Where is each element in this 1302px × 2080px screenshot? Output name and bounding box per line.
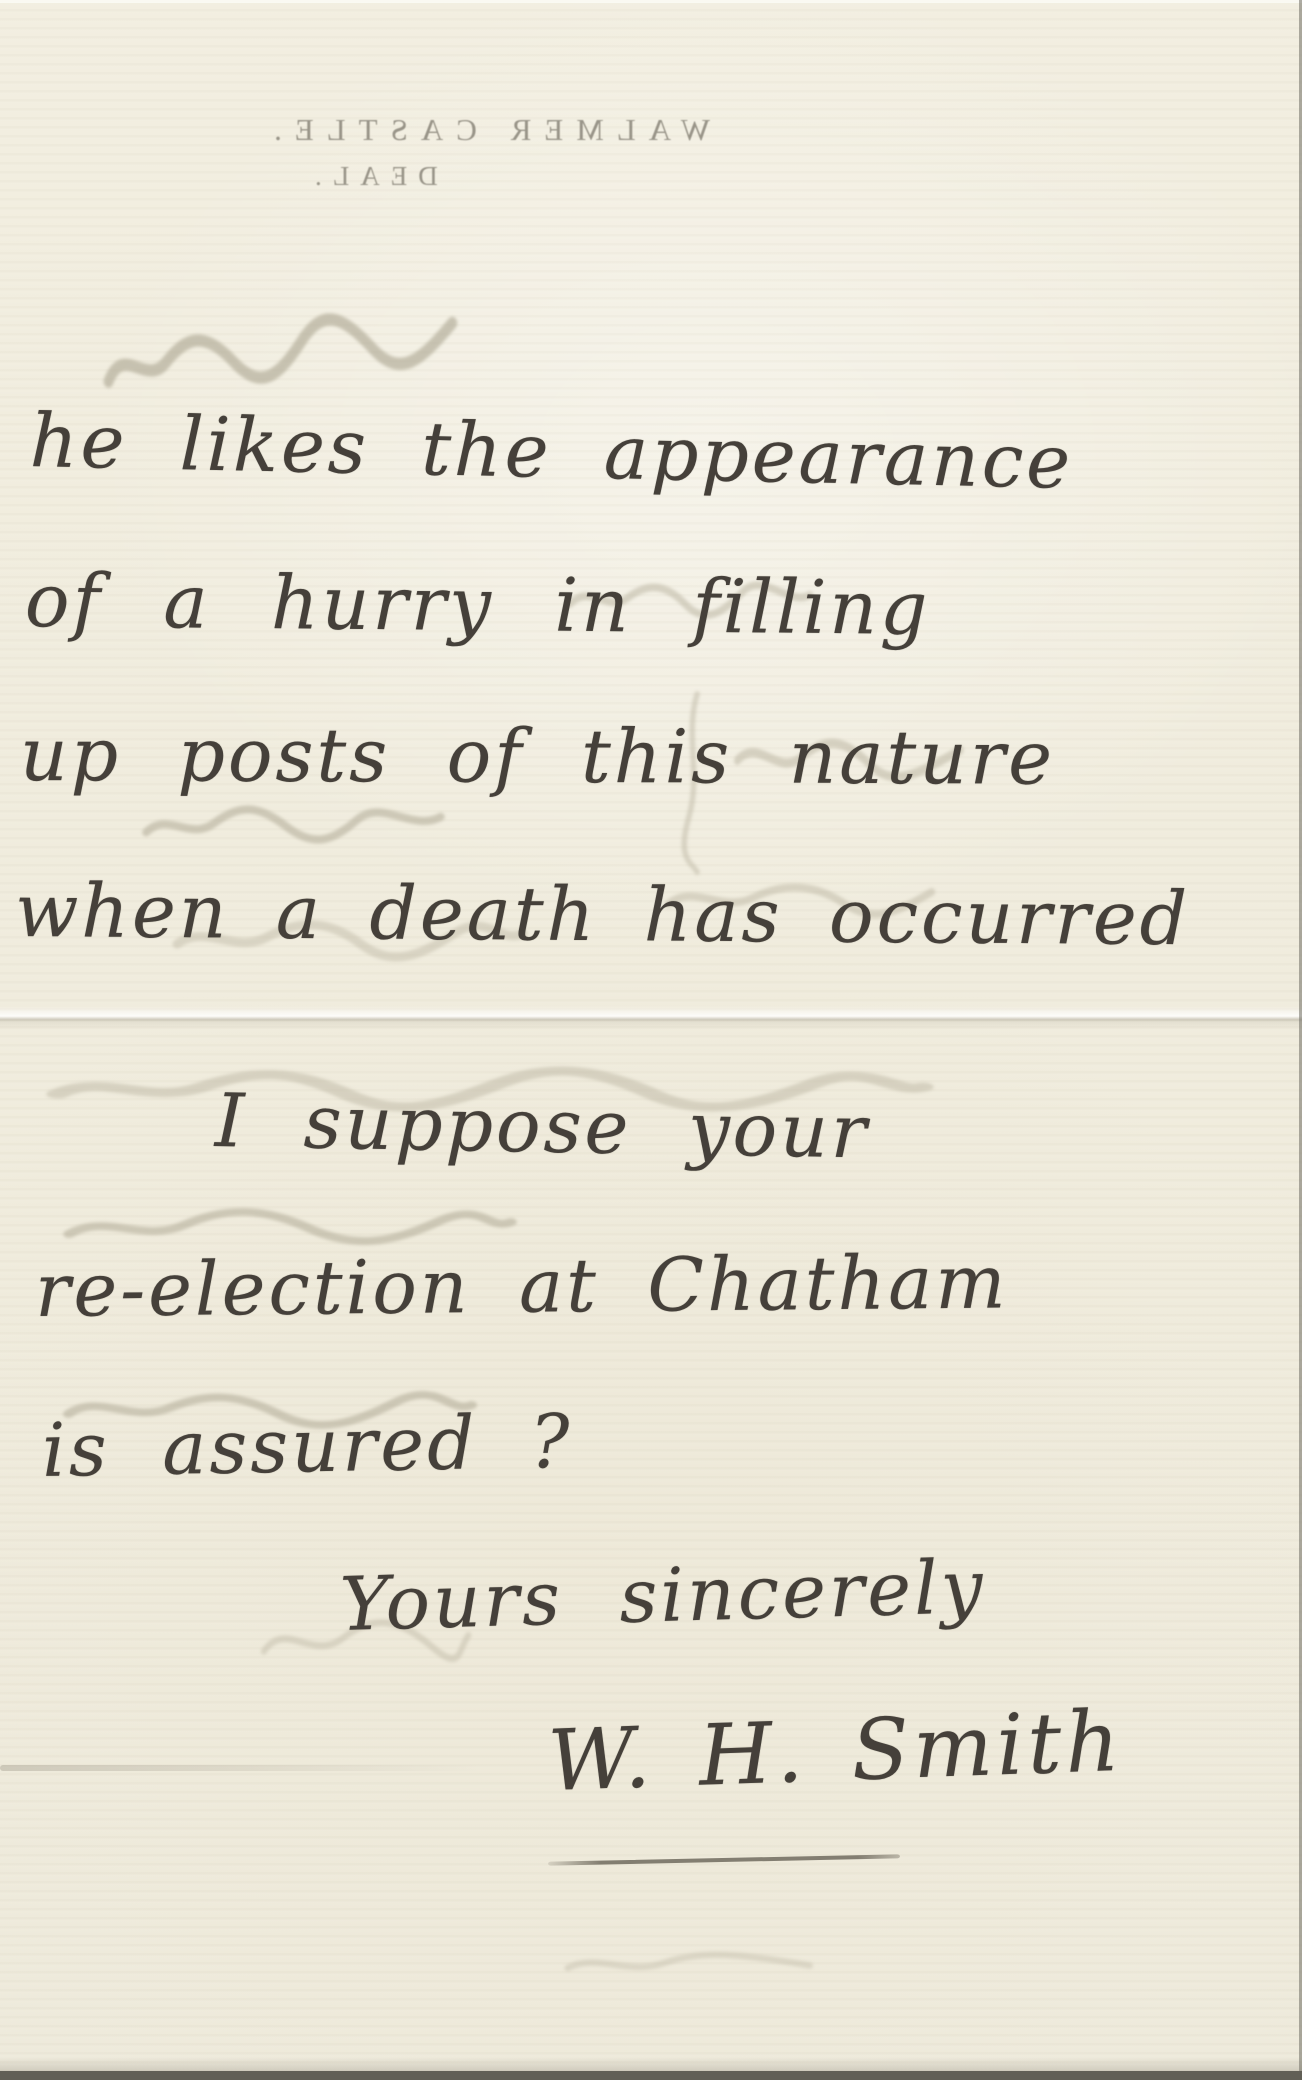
handwritten-line-1: he likes the appearance bbox=[29, 398, 1074, 506]
handwritten-line-4: when a death has occurred bbox=[15, 868, 1191, 962]
handwritten-line-5: I suppose your bbox=[214, 1078, 870, 1175]
letterhead: WALMER CASTLE. DEAL. bbox=[300, 112, 710, 192]
signature: W. H. Smith bbox=[546, 1692, 1125, 1810]
handwritten-line-2: of a hurry in filling bbox=[25, 558, 931, 652]
fold-crease bbox=[0, 1006, 1302, 1030]
closing-line: Yours sincerely bbox=[339, 1544, 987, 1648]
handwritten-line-7: is assured ? bbox=[41, 1399, 573, 1494]
minor-crease bbox=[0, 1765, 480, 1771]
scan-edge-top bbox=[0, 0, 1302, 3]
letterhead-castle-line: WALMER CASTLE. bbox=[300, 112, 710, 148]
scan-edge-bottom-shadow bbox=[0, 2057, 1302, 2071]
letter-page: WALMER CASTLE. DEAL. he likes the appear… bbox=[0, 0, 1302, 2080]
handwritten-line-6: re-election at Chatham bbox=[35, 1240, 1009, 1334]
letterhead-deal-line: DEAL. bbox=[300, 161, 710, 192]
signature-flourish-underline bbox=[548, 1854, 900, 1865]
bleedthrough-ghost-line bbox=[140, 792, 450, 854]
handwritten-line-3: up posts of this nature bbox=[20, 712, 1055, 802]
scan-edge-bottom bbox=[0, 2071, 1302, 2080]
bleedthrough-ghost-date-line bbox=[92, 284, 469, 411]
bleedthrough-ghost-line bbox=[560, 1938, 820, 1988]
